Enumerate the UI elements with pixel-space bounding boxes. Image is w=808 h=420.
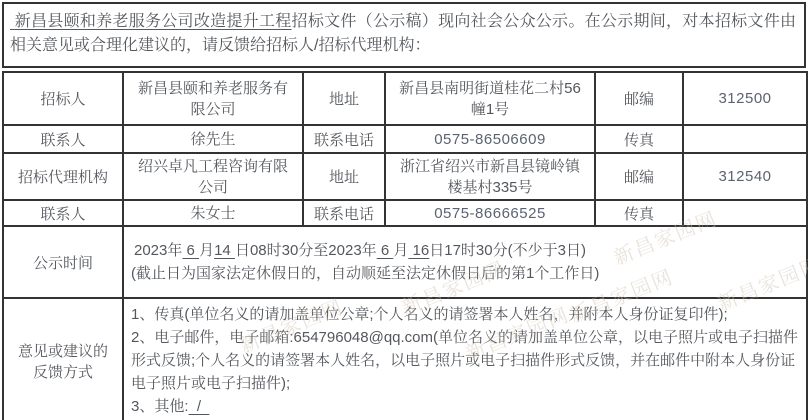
publicity-note-line: (截止日为国家法定休假日的，自动顺延至法定休假日后的第1个工作日)	[131, 262, 798, 285]
agency-zip-value: 312540	[718, 168, 771, 185]
contact-info-table: 招标人 新昌县颐和养老服务有限公司 地址 新昌县南明街道桂花二村56幢1号 邮编…	[2, 71, 808, 420]
announcement-page: 新昌县颐和养老服务公司改造提升工程招标文件（公示稿）现向社会公众公示。在公示期间…	[0, 0, 808, 420]
table-row-publicity-time: 公示时间 2023年 6 月14 日08时30分至2023年 6 月 16日17…	[3, 226, 807, 298]
table-row-bidder: 招标人 新昌县颐和养老服务有限公司 地址 新昌县南明街道桂花二村56幢1号 邮编…	[3, 72, 807, 125]
agency-addr-label: 地址	[303, 153, 385, 200]
bidder-fax-label: 传真	[595, 125, 683, 153]
feedback-item-other: 3、其他: /	[131, 395, 798, 418]
bidder-fax-value	[683, 125, 807, 153]
agency-phone-value: 0575-86666525	[434, 205, 546, 222]
project-title-underlined: 新昌县颐和养老服务公司改造提升工程	[10, 13, 292, 30]
agency-label: 招标代理机构	[3, 153, 123, 200]
bidder-phone-label: 联系电话	[303, 125, 385, 153]
feedback-label: 意见或建议的反馈方式	[3, 298, 123, 420]
bidder-zip-value: 312500	[718, 90, 771, 107]
agency-zip-label: 邮编	[595, 153, 683, 200]
agency-contact-label: 联系人	[3, 200, 123, 226]
agency-address: 浙江省绍兴市新昌县镜岭镇楼基村335号	[385, 153, 595, 200]
table-row-agency: 招标代理机构 绍兴卓凡工程咨询有限公司 地址 浙江省绍兴市新昌县镜岭镇楼基村33…	[3, 153, 807, 200]
agency-fax-value	[683, 200, 807, 226]
table-row-bidder-contact: 联系人 徐先生 联系电话 0575-86506609 传真	[3, 125, 807, 153]
publicity-value: 2023年 6 月14 日08时30分至2023年 6 月 16日17时30分(…	[123, 226, 807, 298]
feedback-value: 1、传真(单位名义的请加盖单位公章;个人名义的请签署本人姓名，并附本人身份证复印…	[123, 298, 807, 420]
bidder-name: 新昌县颐和养老服务有限公司	[123, 72, 303, 125]
feedback-item-fax: 1、传真(单位名义的请加盖单位公章;个人名义的请签署本人姓名，并附本人身份证复印…	[131, 303, 798, 326]
agency-contact-name: 朱女士	[123, 200, 303, 226]
bidder-address: 新昌县南明街道桂花二村56幢1号	[385, 72, 595, 125]
bidder-addr-label: 地址	[303, 72, 385, 125]
publicity-period-line: 2023年 6 月14 日08时30分至2023年 6 月 16日17时30分(…	[131, 239, 798, 262]
bidder-label: 招标人	[3, 72, 123, 125]
agency-fax-label: 传真	[595, 200, 683, 226]
table-row-agency-contact: 联系人 朱女士 联系电话 0575-86666525 传真	[3, 200, 807, 226]
publicity-label: 公示时间	[3, 226, 123, 298]
table-row-feedback: 意见或建议的反馈方式 1、传真(单位名义的请加盖单位公章;个人名义的请签署本人姓…	[3, 298, 807, 420]
feedback-item-email: 2、电子邮件，电子邮箱:654796048@qq.com(单位名义的请加盖单位公…	[131, 326, 798, 395]
notice-paragraph: 新昌县颐和养老服务公司改造提升工程招标文件（公示稿）现向社会公众公示。在公示期间…	[2, 2, 806, 68]
agency-name: 绍兴卓凡工程咨询有限公司	[123, 153, 303, 200]
agency-phone-label: 联系电话	[303, 200, 385, 226]
bidder-contact-name: 徐先生	[123, 125, 303, 153]
bidder-contact-label: 联系人	[3, 125, 123, 153]
bidder-zip-label: 邮编	[595, 72, 683, 125]
bidder-phone-value: 0575-86506609	[434, 131, 546, 148]
